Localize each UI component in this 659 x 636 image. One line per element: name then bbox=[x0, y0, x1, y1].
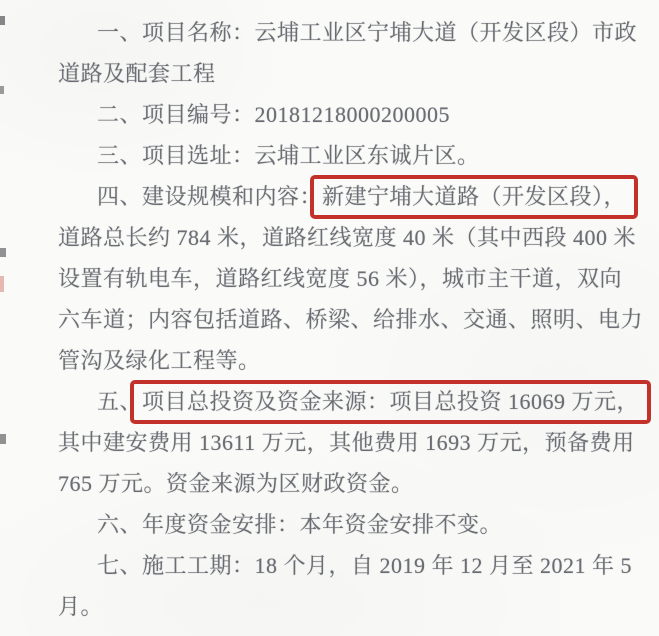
text-line: 月。 bbox=[58, 586, 639, 627]
text-segment: 道路总长约 784 米，道路红线宽度 40 米（其中西段 400 米 bbox=[58, 225, 636, 250]
text-segment: 765 万元。资金来源为区财政资金。 bbox=[58, 471, 414, 496]
text-line: 管沟及绿化工程等。 bbox=[58, 340, 639, 381]
text-segment: 七、施工工期：18 个月，自 2019 年 12 月至 2021 年 5 bbox=[97, 553, 632, 578]
scan-artifact bbox=[0, 248, 6, 257]
text-segment: 四、建设规模和内容： bbox=[97, 184, 322, 209]
text-segment: 道路及配套工程 bbox=[58, 61, 216, 86]
text-line: 设置有轨电车，道路红线宽度 56 米），城市主干道，双向 bbox=[58, 258, 639, 299]
text-line: 七、施工工期：18 个月，自 2019 年 12 月至 2021 年 5 bbox=[58, 545, 639, 586]
text-line: 六、年度资金安排：本年资金安排不变。 bbox=[58, 504, 639, 545]
scan-artifact bbox=[0, 434, 6, 444]
text-segment: 设置有轨电车，道路红线宽度 56 米），城市主干道，双向 bbox=[58, 266, 622, 291]
text-line: 765 万元。资金来源为区财政资金。 bbox=[58, 463, 639, 504]
text-segment: 二、项目编号：20181218000200005 bbox=[97, 102, 450, 127]
text-segment: 其中建安费用 13611 万元，其他费用 1693 万元，预备费用 bbox=[58, 430, 635, 455]
highlight-box: 新建宁埔大道路（开发区段）， bbox=[310, 175, 638, 219]
text-line: 道路总长约 784 米，道路红线宽度 40 米（其中西段 400 米 bbox=[58, 217, 639, 258]
text-line: 其中建安费用 13611 万元，其他费用 1693 万元，预备费用 bbox=[58, 422, 639, 463]
text-line: 六车道；内容包括道路、桥梁、给排水、交通、照明、电力 bbox=[58, 299, 639, 340]
text-segment: 六车道；内容包括道路、桥梁、给排水、交通、照明、电力 bbox=[58, 307, 643, 332]
scanned-document-page: 一、项目名称：云埔工业区宁埔大道（开发区段）市政道路及配套工程二、项目编号：20… bbox=[0, 0, 659, 636]
text-line: 道路及配套工程 bbox=[58, 53, 639, 94]
text-segment: 三、项目选址：云埔工业区东诚片区。 bbox=[97, 143, 480, 168]
text-line: 五、项目总投资及资金来源：项目总投资 16069 万元， bbox=[58, 381, 639, 422]
text-line: 四、建设规模和内容：新建宁埔大道路（开发区段）， bbox=[58, 176, 639, 217]
scan-artifact bbox=[0, 276, 4, 292]
text-segment: 管沟及绿化工程等。 bbox=[58, 348, 261, 373]
text-line: 二、项目编号：20181218000200005 bbox=[58, 94, 639, 135]
text-line: 三、项目选址：云埔工业区东诚片区。 bbox=[58, 135, 639, 176]
text-segment: 月。 bbox=[58, 594, 103, 619]
document-body: 一、项目名称：云埔工业区宁埔大道（开发区段）市政道路及配套工程二、项目编号：20… bbox=[58, 12, 639, 627]
scan-artifact bbox=[0, 86, 4, 94]
text-segment: 六、年度资金安排：本年资金安排不变。 bbox=[97, 512, 502, 537]
scan-artifact bbox=[0, 16, 5, 25]
text-line: 一、项目名称：云埔工业区宁埔大道（开发区段）市政 bbox=[58, 12, 639, 53]
text-segment: 一、项目名称：云埔工业区宁埔大道（开发区段）市政 bbox=[97, 20, 637, 45]
highlight-box: 项目总投资及资金来源：项目总投资 16069 万元， bbox=[130, 380, 651, 424]
